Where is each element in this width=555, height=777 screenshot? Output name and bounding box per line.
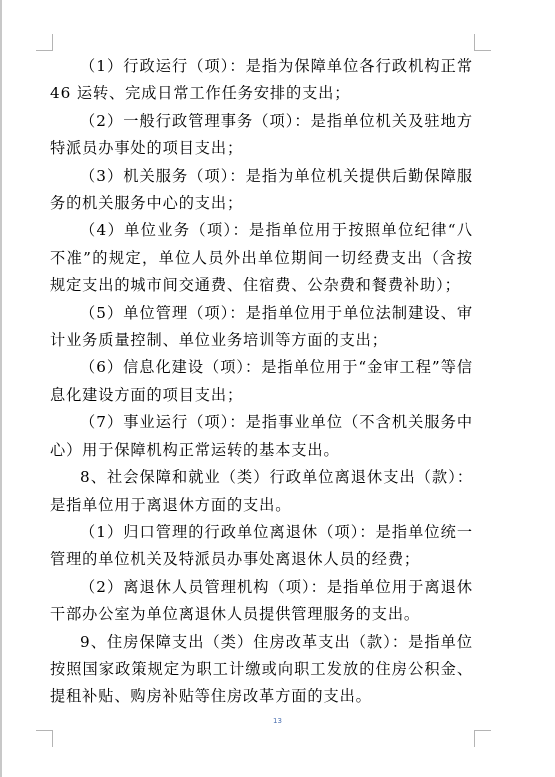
paragraph-item-6: （6）信息化建设（项）：是指单位用于“金审工程”等信息化建设方面的项目支出； [50, 354, 473, 409]
document-body: （1）行政运行（项）：是指为保障单位各行政机构正常 46 运转、完成日常工作任务… [50, 53, 473, 711]
page-border [0, 0, 2, 777]
paragraph-item-4: （4）单位业务（项）：是指单位用于按照单位纪律“八不准”的规定，单位人员外出单位… [50, 217, 473, 299]
paragraph-section-8: 8、社会保障和就业（类）行政单位离退休支出（款）： 是指单位用于离退休方面的支出… [50, 464, 473, 519]
paragraph-section-9: 9、住房保障支出（类）住房改革支出（款）：是指单位按照国家政策规定为职工计缴或向… [50, 629, 473, 711]
paragraph-item-5: （5）单位管理（项）：是指单位用于单位法制建设、审计业务质量控制、单位业务培训等… [50, 300, 473, 355]
paragraph-section-8-item-1: （1）归口管理的行政单位离退休（项）：是指单位统一 管理的单位机关及特派员办事处… [50, 519, 473, 574]
bottom-left-margin-mark [36, 730, 53, 747]
paragraph-item-3: （3）机关服务（项）：是指为单位机关提供后勤保障服务的机关服务中心的支出； [50, 163, 473, 218]
top-left-margin-mark [36, 34, 53, 51]
page-number: 13 [0, 717, 555, 725]
bottom-right-margin-mark [474, 730, 491, 747]
top-right-margin-mark [474, 34, 491, 51]
paragraph-section-8-item-2: （2）离退休人员管理机构（项）：是指单位用于离退休干部办公室为单位离退休人员提供… [50, 574, 473, 629]
paragraph-item-1: （1）行政运行（项）：是指为保障单位各行政机构正常 46 运转、完成日常工作任务… [50, 53, 473, 108]
paragraph-item-7: （7）事业运行（项）：是指事业单位（不含机关服务中心）用于保障机构正常运转的基本… [50, 409, 473, 464]
paragraph-item-2: （2）一般行政管理事务（项）：是指单位机关及驻地方特派员办事处的项目支出； [50, 108, 473, 163]
